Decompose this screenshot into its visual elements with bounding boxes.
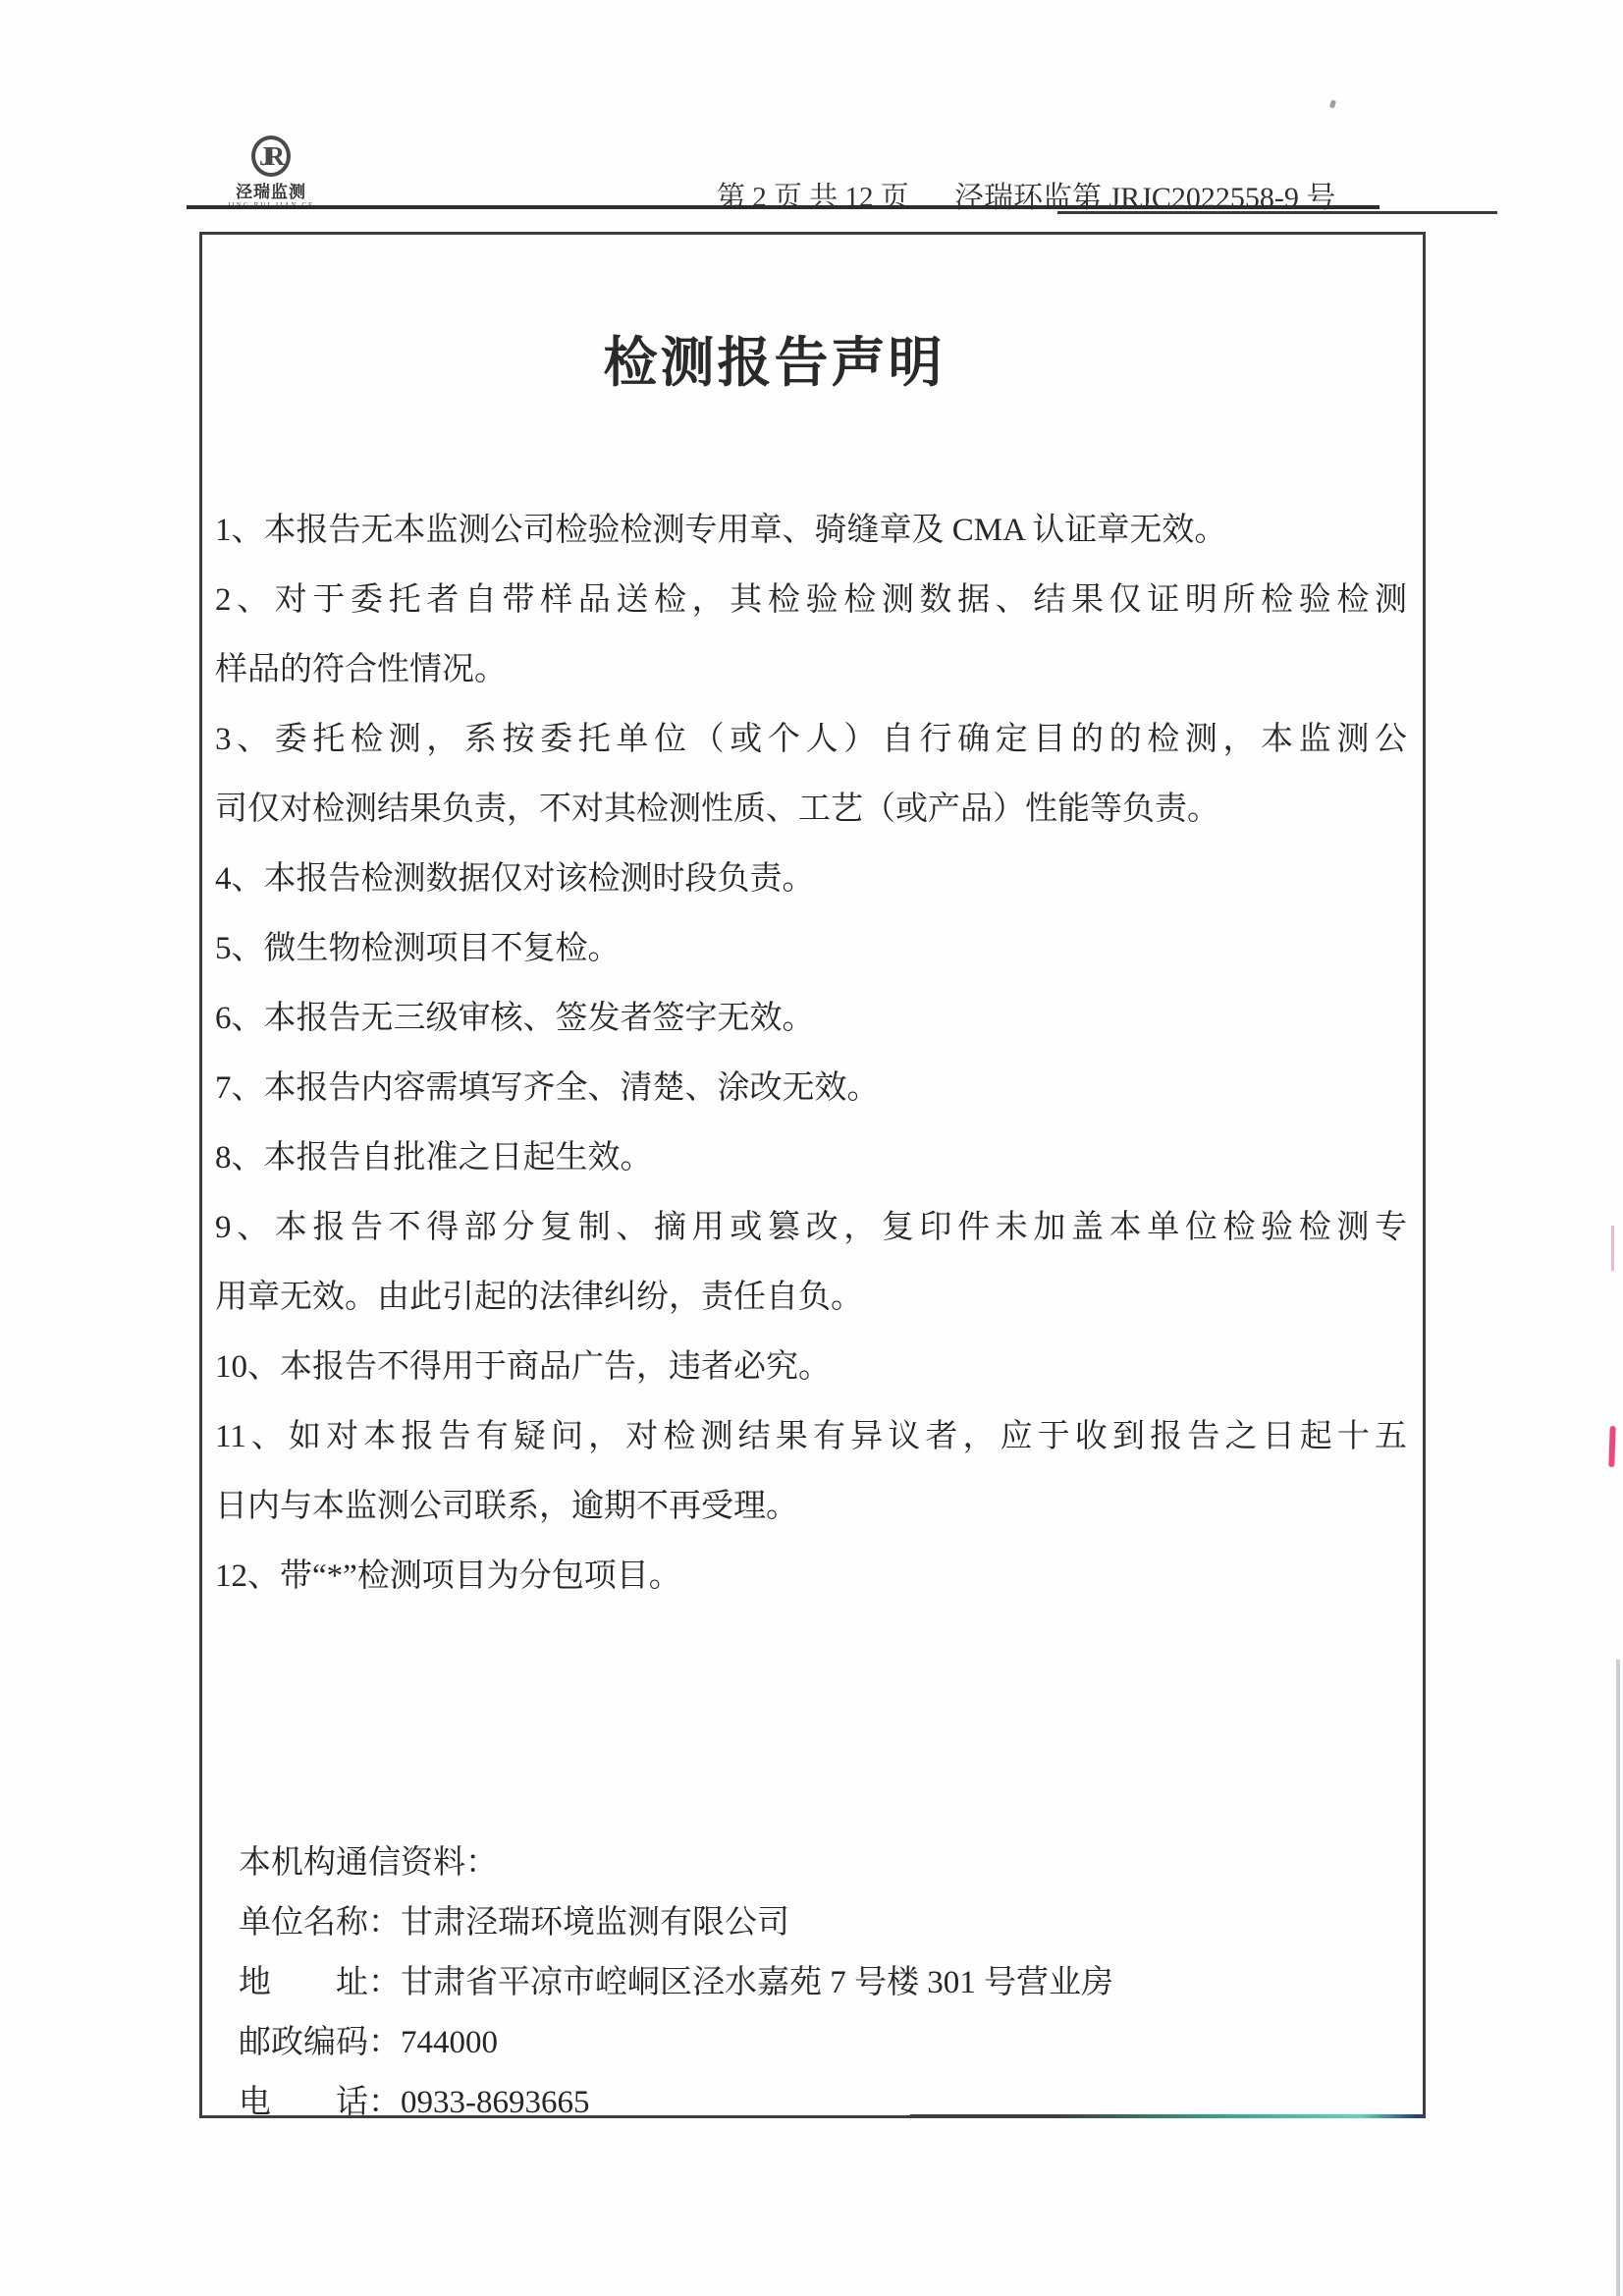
statement-11-line1: 11、如对本报告有疑问，对检测结果有异议者，应于收到报告之日起十五	[215, 1402, 1407, 1472]
statement-11-line2: 日内与本监测公司联系，逾期不再受理。	[215, 1472, 1407, 1542]
contact-address: 地 址：甘肃省平凉市崆峒区泾水嘉苑 7 号楼 301 号营业房	[239, 1953, 1397, 2013]
document-page: JR 泾瑞监测 JING RUI JIAN CE 第 2 页 共 12 页 泾瑞…	[0, 0, 1623, 2296]
statement-box: 检测报告声明 1、本报告无本监测公司检验检测专用章、骑缝章及 CMA 认证章无效…	[199, 232, 1426, 2118]
statement-list: 1、本报告无本监测公司检验检测专用章、骑缝章及 CMA 认证章无效。 2、对于委…	[215, 496, 1407, 1612]
statement-3-line2: 司仅对检测结果负责，不对其检测性质、工艺（或产品）性能等负责。	[215, 775, 1407, 845]
contact-postal-code: 邮政编码：744000	[239, 2013, 1397, 2073]
statement-7: 7、本报告内容需填写齐全、清楚、涂改无效。	[215, 1054, 1407, 1123]
statement-9-line1: 9、本报告不得部分复制、摘用或篡改，复印件未加盖本单位检验检测专	[215, 1193, 1407, 1263]
report-number-underline	[1057, 211, 1497, 214]
company-logo: JR 泾瑞监测 JING RUI JIAN CE	[212, 136, 330, 209]
scan-pink-mark-faint	[1611, 1226, 1614, 1271]
scan-pink-mark	[1608, 1426, 1615, 1467]
report-number: 泾瑞环监第 JRJC2022558-9 号	[954, 173, 1335, 216]
statement-9-line2: 用章无效。由此引起的法律纠纷，责任自负。	[215, 1263, 1407, 1333]
statement-1: 1、本报告无本监测公司检验检测专用章、骑缝章及 CMA 认证章无效。	[215, 496, 1407, 566]
statement-10: 10、本报告不得用于商品广告，违者必究。	[215, 1333, 1407, 1402]
contact-heading: 本机构通信资料：	[239, 1833, 1397, 1893]
statement-2-line2: 样品的符合性情况。	[215, 635, 1407, 705]
contact-phone: 电 话：0933-8693665	[239, 2073, 1397, 2133]
statement-5: 5、微生物检测项目不复检。	[215, 914, 1407, 984]
scan-edge-line	[1616, 1660, 1620, 2296]
logo-monogram-icon: JR	[251, 136, 291, 177]
contact-company-name: 单位名称：甘肃泾瑞环境监测有限公司	[239, 1893, 1397, 1953]
statement-12: 12、带“*”检测项目为分包项目。	[215, 1542, 1407, 1612]
statement-2-line1: 2、对于委托者自带样品送检，其检验检测数据、结果仅证明所检验检测	[215, 566, 1407, 635]
statement-6: 6、本报告无三级审核、签发者签字无效。	[215, 984, 1407, 1054]
statement-3-line1: 3、委托检测，系按委托单位（或个人）自行确定目的的检测，本监测公	[215, 705, 1407, 775]
scan-speck	[1329, 99, 1336, 108]
page-title: 检测报告声明	[217, 319, 1410, 397]
statement-8: 8、本报告自批准之日起生效。	[215, 1123, 1407, 1193]
contact-info-block: 本机构通信资料： 单位名称：甘肃泾瑞环境监测有限公司 地 址：甘肃省平凉市崆峒区…	[239, 1833, 1397, 2133]
statement-4: 4、本报告检测数据仅对该检测时段负责。	[215, 845, 1407, 914]
header-divider-line	[187, 205, 1380, 209]
scan-color-artifact	[910, 2114, 1423, 2118]
logo-company-name: 泾瑞监测	[212, 178, 330, 202]
